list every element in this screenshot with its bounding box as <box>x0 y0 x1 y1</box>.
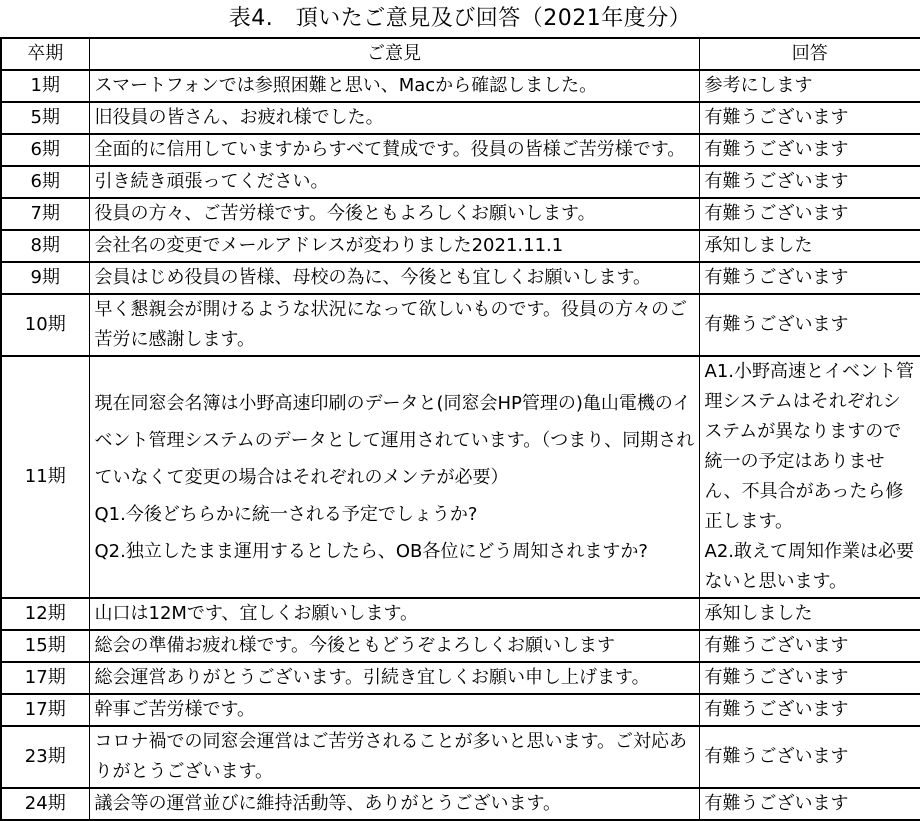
period-cell: 24期 <box>1 788 89 820</box>
header-opinion: ご意見 <box>89 38 699 70</box>
opinion-cell: 会社名の変更でメールアドレスが変わりました2021.11.1 <box>89 230 699 262</box>
table-row: 9期 会員はじめ役員の皆様、母校の為に、今後とも宜しくお願いします。 有難うござ… <box>1 262 920 294</box>
answer-cell: 有難うございます <box>699 262 920 294</box>
answer-cell: 有難うございます <box>699 630 920 662</box>
answer-cell: 承知しました <box>699 230 920 262</box>
period-cell: 11期 <box>1 356 89 598</box>
opinion-cell: 現在同窓会名簿は小野高速印刷のデータと(同窓会HP管理の)亀山電機のイベント管理… <box>89 356 699 598</box>
period-cell: 9期 <box>1 262 89 294</box>
period-cell: 17期 <box>1 694 89 726</box>
table-row: 23期 コロナ禍での同窓会運営はご苦労されることが多いと思います。ご対応ありがと… <box>1 726 920 788</box>
opinion-cell: 全面的に信用していますからすべて賛成です。役員の皆様ご苦労様です。 <box>89 134 699 166</box>
table-row: 24期 議会等の運営並びに維持活動等、ありがとうございます。 有難うございます <box>1 788 920 820</box>
table-title: 表4. 頂いたご意見及び回答（2021年度分） <box>0 0 920 37</box>
period-cell: 15期 <box>1 630 89 662</box>
answer-cell: 有難うございます <box>699 788 920 820</box>
answer-cell: 有難うございます <box>699 726 920 788</box>
period-cell: 17期 <box>1 662 89 694</box>
answer-cell: A1.小野高速とイベント管理システムはそれぞれシステムが異なりますので統一の予定… <box>699 356 920 598</box>
answer-cell: 有難うございます <box>699 134 920 166</box>
table-row: 5期 旧役員の皆さん、お疲れ様でした。 有難うございます <box>1 102 920 134</box>
opinion-cell: スマートフォンでは参照困難と思い、Macから確認しました。 <box>89 70 699 102</box>
table-row: 15期 総会の準備お疲れ様です。今後ともどうぞよろしくお願いします 有難うござい… <box>1 630 920 662</box>
opinion-cell: 総会運営ありがとうございます。引続き宜しくお願い申し上げます。 <box>89 662 699 694</box>
opinion-cell: 旧役員の皆さん、お疲れ様でした。 <box>89 102 699 134</box>
period-cell: 7期 <box>1 198 89 230</box>
period-cell: 5期 <box>1 102 89 134</box>
table-row: 17期 総会運営ありがとうございます。引続き宜しくお願い申し上げます。 有難うご… <box>1 662 920 694</box>
opinion-cell: 役員の方々、ご苦労様です。今後ともよろしくお願いします。 <box>89 198 699 230</box>
period-cell: 1期 <box>1 70 89 102</box>
table-row: 8期 会社名の変更でメールアドレスが変わりました2021.11.1 承知しました <box>1 230 920 262</box>
opinion-cell: 引き続き頑張ってください。 <box>89 166 699 198</box>
answer-cell: 有難うございます <box>699 166 920 198</box>
opinions-table: 卒期 ご意見 回答 1期 スマートフォンでは参照困難と思い、Macから確認しまし… <box>0 37 920 821</box>
opinion-cell: コロナ禍での同窓会運営はご苦労されることが多いと思います。ご対応ありがとうござい… <box>89 726 699 788</box>
table-row: 12期 山口は12Mです、宜しくお願いします。 承知しました <box>1 598 920 630</box>
answer-cell: 参考にします <box>699 70 920 102</box>
table-row: 11期 現在同窓会名簿は小野高速印刷のデータと(同窓会HP管理の)亀山電機のイベ… <box>1 356 920 598</box>
answer-cell: 承知しました <box>699 598 920 630</box>
period-cell: 8期 <box>1 230 89 262</box>
period-cell: 6期 <box>1 134 89 166</box>
answer-cell: 有難うございます <box>699 198 920 230</box>
header-row: 卒期 ご意見 回答 <box>1 38 920 70</box>
answer-cell: 有難うございます <box>699 694 920 726</box>
table-row: 1期 スマートフォンでは参照困難と思い、Macから確認しました。 参考にします <box>1 70 920 102</box>
answer-cell: 有難うございます <box>699 102 920 134</box>
header-answer: 回答 <box>699 38 920 70</box>
opinion-cell: 会員はじめ役員の皆様、母校の為に、今後とも宜しくお願いします。 <box>89 262 699 294</box>
table-row: 10期 早く懇親会が開けるような状況になって欲しいものです。役員の方々のご苦労に… <box>1 294 920 356</box>
opinion-cell: 総会の準備お疲れ様です。今後ともどうぞよろしくお願いします <box>89 630 699 662</box>
table-body: 1期 スマートフォンでは参照困難と思い、Macから確認しました。 参考にします … <box>1 70 920 820</box>
table-row: 6期 全面的に信用していますからすべて賛成です。役員の皆様ご苦労様です。 有難う… <box>1 134 920 166</box>
period-cell: 12期 <box>1 598 89 630</box>
document-page: 表4. 頂いたご意見及び回答（2021年度分） 卒期 ご意見 回答 1期 スマー… <box>0 0 920 821</box>
opinion-cell: 山口は12Mです、宜しくお願いします。 <box>89 598 699 630</box>
table-row: 7期 役員の方々、ご苦労様です。今後ともよろしくお願いします。 有難うございます <box>1 198 920 230</box>
header-period: 卒期 <box>1 38 89 70</box>
table-row: 17期 幹事ご苦労様です。 有難うございます <box>1 694 920 726</box>
period-cell: 10期 <box>1 294 89 356</box>
period-cell: 23期 <box>1 726 89 788</box>
opinion-cell: 早く懇親会が開けるような状況になって欲しいものです。役員の方々のご苦労に感謝しま… <box>89 294 699 356</box>
period-cell: 6期 <box>1 166 89 198</box>
answer-cell: 有難うございます <box>699 662 920 694</box>
table-row: 6期 引き続き頑張ってください。 有難うございます <box>1 166 920 198</box>
opinion-cell: 議会等の運営並びに維持活動等、ありがとうございます。 <box>89 788 699 820</box>
answer-cell: 有難うございます <box>699 294 920 356</box>
opinion-cell: 幹事ご苦労様です。 <box>89 694 699 726</box>
